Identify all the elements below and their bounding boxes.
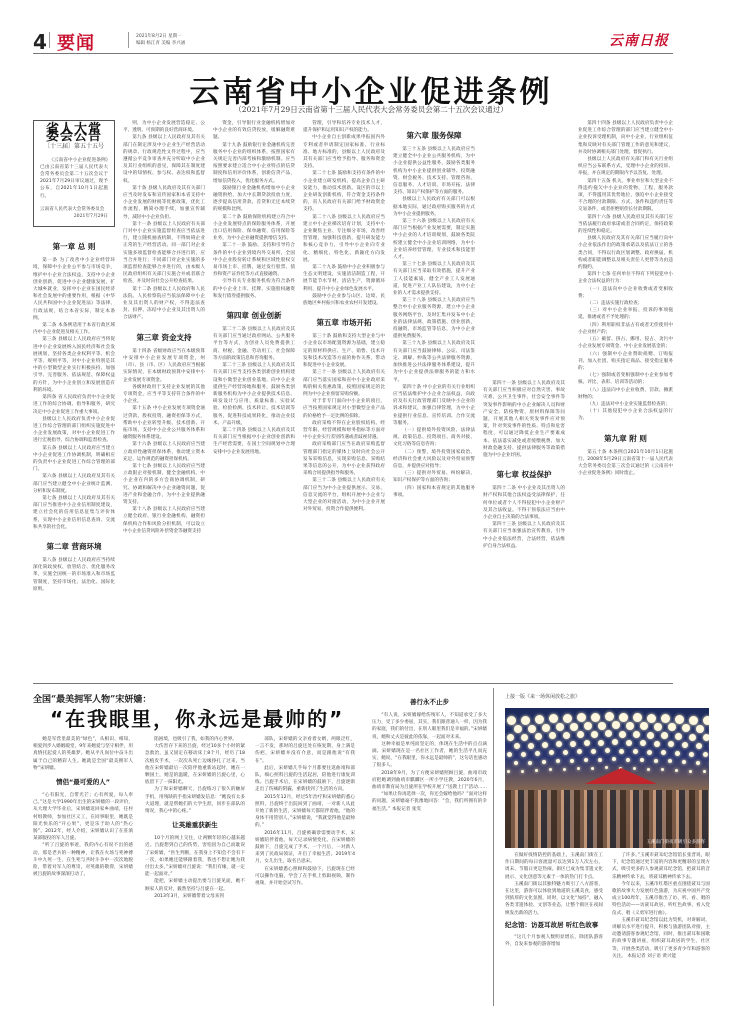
paragraph: （二）违法实施行政检查； bbox=[578, 300, 673, 307]
paragraph: （三）提供对外贸易、纠纷解决、知识产权保护等方面的咨询； bbox=[393, 470, 475, 484]
paragraph: 第四十三条 县级以上人民政府及其有关部门应当加强法治宣传教育，引导中小企业依法经… bbox=[483, 521, 565, 550]
lantern-icon bbox=[675, 715, 684, 724]
lantern-icon bbox=[535, 715, 544, 724]
section-divider bbox=[33, 683, 673, 684]
story-column-1: 她是军营里最美的“绿色”，从相识、相知、相爱到步入婚姻殿堂，9年来她爱与坚守相伴… bbox=[33, 736, 133, 1016]
lantern-icon bbox=[612, 721, 620, 729]
lantern-icon bbox=[703, 716, 709, 725]
lantern-icon bbox=[521, 770, 524, 773]
paragraph: 2013年3月，宋妍嫱带着父母来到 bbox=[145, 893, 245, 900]
paragraph: 第二十八条 县级以上人民政府应当建立中小企业梯次培育计划，支持中小企业聚焦主业、… bbox=[303, 214, 385, 264]
lantern-icon bbox=[542, 760, 546, 764]
regulation-column-3: 资金，引导银行业金融机构增加对中小企业的有效信贷投放，缓解融资难题。第十九条 鼓… bbox=[213, 120, 295, 655]
paragraph: 对于非专门面向中小企业的项目，应当按照国家规定对小型微型企业产品的价格给予一定比… bbox=[303, 398, 385, 420]
regulation-column-1: 省人大常委会公告 〔十三届〕第五十五号 《云南省中小企业促进条例》已由云南省第十… bbox=[33, 120, 115, 655]
paragraph: 第十二条 县级以上人民政府和人民法院、人民检察院应当依法保障中小企业及其出资人的… bbox=[123, 286, 205, 322]
lantern-icon bbox=[668, 741, 674, 747]
paragraph: （一）违法向中小企业收费或者变相收费； bbox=[578, 286, 673, 300]
story-column-3: 部队，宋妍嫱的父亲看着女婿，两眼泛红，一言不发，那时的吕旋还处在恢复期，身上满是… bbox=[255, 736, 355, 1016]
paragraph: 第三十条 鼓励和支持大型企业与中小企业以市场配置资源为基础，建立稳定的原材料供应… bbox=[303, 333, 385, 369]
paragraph: “这几个月参观人数明显增长，除团队游客外，自发来参观的游客增加 bbox=[505, 934, 603, 948]
chapter-heading: 第四章 创业创新 bbox=[213, 310, 295, 322]
lantern-icon bbox=[507, 716, 516, 725]
lantern-icon bbox=[703, 752, 708, 757]
lantern-icon bbox=[549, 714, 558, 723]
lantern-icon bbox=[570, 759, 574, 763]
regulation-column-4: 管理，引导和培养专业技术人才，提升保护和运用知识产权的能力。中小企业自主创新成果… bbox=[303, 120, 385, 655]
regulation-column-5: 第六章 服务保障第三十五条 县级以上人民政府应当建立健全中小企业公共服务机构，为… bbox=[393, 120, 475, 655]
lantern-icon bbox=[598, 722, 606, 730]
paragraph: 第二十二条 县级以上人民政府及其有关部门应当通过政府网站、公共服务平台等方式，为… bbox=[213, 326, 295, 362]
lantern-icon bbox=[605, 730, 612, 737]
lantern-icon bbox=[514, 761, 518, 765]
lantern-icon bbox=[640, 740, 646, 746]
lantern-icon bbox=[640, 758, 644, 762]
masthead: 4 要闻 2021年8月2日 星期一 编辑 杨江青 美编 李兴涵 云南日报 bbox=[33, 28, 673, 54]
paragraph: 第四十四条 县级以上人民政府负责中小企业促进工作综合管理的部门应当建立健全中小企… bbox=[578, 120, 673, 156]
paragraph: “心有阳光，自带光芒；心有所爱，每人奉己。”这是大学1990年出生的宋妍嫱的一段… bbox=[33, 792, 133, 842]
paragraph: 第四十五条 机关、事业单位和大型企业不得违约拖欠中小企业的货物、工程、服务款项，… bbox=[578, 178, 673, 214]
lantern-icon bbox=[591, 749, 596, 754]
paragraph: 县级以上人民政府负责中小企业促进工作综合管理的部门组织实施促进中小企业发展政策，… bbox=[33, 416, 115, 445]
lantern-icon bbox=[696, 761, 700, 765]
paragraph: 第三十七条 县级以上人民政府及其有关部门应当采取有效措施，提升产业工人技能素质，… bbox=[393, 261, 475, 297]
lantern-icon bbox=[682, 742, 688, 748]
paragraph: （三）对中小企业举报、投诉的事项拖延、推诿或者不予处理的； bbox=[578, 307, 673, 321]
paragraph: 在做好疫情防控的基础上，玉溪南门街在工作日期间的每日客流量可以达到1万人次左右，… bbox=[505, 852, 603, 881]
story-column-4: 善行永不止步 “有人说，宋妍嫱嫁给伤残军人，不知道承受了多大压力，受了多少委屈，… bbox=[372, 692, 487, 1017]
subheading: 情侣“最可爱的人” bbox=[33, 776, 133, 788]
paragraph: 第四十二条 中小企业及其出资人的财产权和其他合法权益受法律保护，任何单位或者个人… bbox=[483, 485, 565, 521]
lantern-icon bbox=[514, 743, 520, 749]
paragraph: 第四条 省人民政府负责中小企业促进工作的综合协调、指导和服务，研究决定中小企业促… bbox=[33, 394, 115, 416]
paragraph: “有人说，宋妍嫱嫁给伤残军人，不知道承受了多大压力，受了多少委屈，其实，我们跟普… bbox=[372, 712, 487, 741]
lantern-icon bbox=[612, 739, 618, 745]
lantern-icon bbox=[682, 724, 690, 732]
lantern-icon bbox=[605, 748, 610, 753]
lantern-icon bbox=[689, 752, 694, 757]
notice-box: 省人大常委会公告 〔十三届〕第五十五号 《云南省中小企业促进条例》已由云南省第十… bbox=[33, 120, 115, 227]
story-column-2: 陷困境，也吸引了我，如我的内心世界。大伤害存下来的吕旋，经过10多个小时的紧急救… bbox=[145, 736, 245, 1016]
lantern-icon bbox=[668, 723, 676, 731]
lantern-icon bbox=[605, 712, 614, 721]
paragraph: “如果让你再选择一次，你还会嫁给他吗？”面对这样的问题，宋妍嫱毫不犹豫地回答：“… bbox=[372, 791, 487, 813]
side-story-title: 善行永不止步 bbox=[372, 696, 487, 708]
paragraph: 各级财政用于支持企业发展的其他专项资金，应当平等支持符合条件的中小企业。 bbox=[123, 384, 205, 406]
paragraph: 第十八条 县级以上人民政府应当建立健全政府、银行业金融机构、融资担保机构合作和风… bbox=[123, 506, 205, 535]
paragraph: 第五条 县级以上人民政府应当建立中小企业促进工作协调机制，明确相应的负责中小企业… bbox=[33, 445, 115, 474]
paragraph: 中小企业自主创新成果申报国内外专利或者申请制定国家标准、行业标准、地方标准的，县… bbox=[303, 134, 385, 170]
paragraph: 管理，引导和培养专业技术人才，提升保护和运用知识产权的能力。 bbox=[303, 120, 385, 134]
lantern-icon bbox=[584, 722, 592, 730]
lantern-icon bbox=[563, 714, 572, 723]
paragraph: （十）其他侵犯中小企业合法权益的行为。 bbox=[578, 408, 673, 422]
notice-title: 省人大常委会公告 bbox=[40, 126, 108, 140]
paragraph: 第三条 县级以上人民政府应当将促进中小企业发展纳入国民经济和社会发展规划，坚持各… bbox=[33, 336, 115, 394]
lantern-icon bbox=[640, 722, 648, 730]
lantern-icon bbox=[521, 716, 530, 725]
lantern-icon bbox=[577, 713, 586, 722]
lantern-icon bbox=[535, 769, 538, 772]
paragraph: 第二十三条 县级以上人民政府及其有关部门应当支持各类创新创业机构建设和小微型企业… bbox=[213, 362, 295, 427]
lantern-icon bbox=[556, 759, 560, 763]
issue-info: 2021年8月2日 星期一 编辑 杨江青 美编 李兴涵 bbox=[136, 33, 185, 47]
lantern-icon bbox=[549, 750, 554, 755]
lantern-icon bbox=[675, 733, 682, 740]
lantern-icon bbox=[668, 759, 672, 763]
paragraph: 第二条 本条例适用于本省行政区域内中小企业促进及相关工作。 bbox=[33, 322, 115, 336]
column-divider bbox=[493, 688, 494, 1006]
lantern-icon bbox=[521, 752, 526, 757]
lantern-icon bbox=[633, 749, 638, 754]
lantern-icon bbox=[654, 741, 660, 747]
chapter-heading: 第一章 总 则 bbox=[33, 241, 115, 253]
paragraph: 第三十一条 县级以上人民政府有关部门应当落实国家和省中小企业政府采购的相关优惠政… bbox=[303, 369, 385, 398]
lantern-icon bbox=[556, 741, 562, 747]
lantern-icon bbox=[507, 770, 510, 773]
lantern-icon bbox=[689, 770, 692, 773]
paragraph: （二）预警、境外投资国家政治、经济和社会重大风险以及对外贸易预警信息，并提供应对… bbox=[393, 449, 475, 471]
lantern-icon bbox=[535, 751, 540, 756]
chapter-heading: 第九章 附 则 bbox=[578, 433, 673, 445]
paragraph: 为了和宋妍嫱聊天，吕旋练习了很久的触屏手机，用残缺的手指宋妍嫱发信息：“她没有太… bbox=[145, 786, 245, 815]
paragraph: 第二十九条 鼓励中小企业积极参与生态文明建设，实施清洁制造工程，开展节能节水节材… bbox=[303, 264, 385, 293]
paragraph: “听了吕旋的事迹，我的内心有说不出的感动，那是老兵的一种精神，让我在火场与死神搏… bbox=[33, 842, 133, 878]
photo-story-column-2: 了许多。”玉溪市聂耳纪念馆馆长张晋说，眼下，纪念馆通过更丰富的内容和更精彩的呈现… bbox=[612, 852, 710, 1017]
lantern-icon bbox=[556, 723, 564, 731]
lantern-icon bbox=[647, 732, 654, 739]
lantern-icon bbox=[577, 767, 580, 770]
regulation-body: 省人大常委会公告 〔十三届〕第五十五号 《云南省中小企业促进条例》已由云南省第十… bbox=[33, 120, 673, 655]
lantern-icon bbox=[563, 732, 570, 739]
page-number: 4 bbox=[33, 30, 47, 54]
lantern-icon bbox=[521, 734, 528, 741]
lantern-icon bbox=[703, 734, 709, 741]
lantern-icon bbox=[633, 731, 640, 738]
lantern-icon bbox=[591, 731, 598, 738]
lantern-icon bbox=[675, 751, 680, 756]
section-name: 要闻 bbox=[57, 29, 95, 55]
paragraph: 第三十八条 县级以上人民政府应当整合中小企业服务资源，建立中小企业服务网络平台，… bbox=[393, 297, 475, 340]
photo-story-column-1: 在做好疫情防控的基础上，玉溪南门街在工作日期间的每日客流量可以达到1万人次左右，… bbox=[505, 852, 603, 1017]
lantern-icon bbox=[507, 752, 512, 757]
paragraph: 鼓励银行业金融机构增加中小企业融资供给，加大中长期贷款投放力度，逐步提高信用贷款… bbox=[213, 185, 295, 214]
lantern-icon bbox=[570, 741, 576, 747]
lantern-icon bbox=[535, 733, 542, 740]
lantern-icon bbox=[563, 768, 566, 771]
paragraph: （八）违法向中小企业收费、罚款、摊派财物的； bbox=[578, 387, 673, 401]
paragraph: 2016年11月，吕旋被确诊需要动手术，宋妍嫱陪伴着他，每天记录病情变化。在宋妍… bbox=[255, 830, 355, 866]
divider bbox=[49, 32, 50, 48]
paragraph: 政府采购不得在企业股权结构、经营年限、经营规模和财务指标等方面对中小企业实行差别… bbox=[303, 420, 385, 442]
notice-signer: 云南省人民代表大会常务委员会 bbox=[40, 206, 108, 213]
lantern-icon bbox=[584, 740, 590, 746]
paragraph: 第三十九条 县级以上人民政府及其有关部门应当鼓励律师、公证、司法鉴定、调解、仲裁… bbox=[393, 340, 475, 383]
story-title: “在我眼里，你永远是最帅的” bbox=[50, 703, 344, 732]
paragraph: 第七条 县级以上人民政府及其有关部门应当推进中小企业信用制度建设，建立社会化的信… bbox=[33, 495, 115, 531]
paragraph: 在宋妍嫱悉心照顾和鼓励下，吕旋现在已经可以操作电脑，学会了在手机上剪辑视频、制作… bbox=[255, 866, 355, 888]
paragraph: 鼓励中小企业参与山区、边境、民族地区乡村振兴和农业农村开发建设。 bbox=[303, 293, 385, 307]
paragraph: 县级以上人民政府有关部门可以根据本地实际，通过政府购买服务的方式为中小企业提供服… bbox=[393, 196, 475, 218]
lantern-icon bbox=[507, 734, 514, 741]
newspaper-logo: 云南日报 bbox=[609, 30, 669, 50]
paragraph: 第三十六条 县级以上人民政府有关部门应当根据产业发展需要，制定实施中小企业的人才… bbox=[393, 218, 475, 261]
paragraph: （五）截留、挤占、挪用、侵占、贪污中小企业发展专项资金、中小企业发展基金的； bbox=[578, 336, 673, 350]
paragraph: 第六条 县级以上人民政府及其有关部门应当建立健全中小企业统计监测、分析和发布制度… bbox=[33, 473, 115, 495]
paragraph: 第十条 县级人民政府及其有关部门应当及时发布和宣传国家和本省支持中小企业发展的财… bbox=[123, 185, 205, 221]
paragraph: 第四十一条 县级以上人民政府及其有关部门应当积极应对自然灾害、事故灾难、公共卫生… bbox=[483, 380, 565, 459]
paragraph: 第五十条 本条例自2021年10月1日起施行。2008年5月29日云南省第十一届… bbox=[578, 449, 673, 478]
paragraph: 第九条 县级以上人民政府及其有关部门在制定涉及中小企业生产经营活动的规章、行政规… bbox=[123, 134, 205, 184]
lantern-icon bbox=[577, 749, 582, 754]
page-subtitle: （2021年7月29日云南省第十三届人民代表大会常务委员会第二十五次会议通过） bbox=[0, 104, 742, 115]
lantern-icon bbox=[619, 731, 626, 738]
lantern-icon bbox=[584, 758, 588, 762]
lantern-icon bbox=[661, 714, 670, 723]
notice-number: 〔十三届〕第五十五号 bbox=[40, 143, 108, 150]
paragraph: 玉溪市聂耳纪念馆以此为契机，对讲解词、讲解员水平进行提升，积极与旅游团队对接，主… bbox=[612, 917, 710, 960]
divider bbox=[128, 32, 129, 48]
paragraph: 10个月的网上交往，让两颗年轻的心越来越近。吕旋想到自己的伤势，害怕因为自己而耽… bbox=[145, 835, 245, 878]
lantern-icon bbox=[528, 743, 534, 749]
lantern-icon bbox=[542, 724, 550, 732]
lantern-icon bbox=[661, 732, 668, 739]
lantern-icon bbox=[612, 757, 616, 761]
paragraph: 第二十四条 县级以上人民政府及其有关部门应当根据中小企业创业创新和生产经营需要，… bbox=[213, 427, 295, 456]
lantern-icon bbox=[647, 750, 652, 755]
chapter-heading: 第七章 权益保护 bbox=[483, 469, 565, 481]
lantern-icon bbox=[619, 713, 628, 722]
paragraph: 引导有关专业服务机构为符合条件的中小企业上市、挂牌、实施股权融资和发行债券提供服… bbox=[213, 278, 295, 300]
paragraph: 大伤害存下来的吕旋，经过10多个小时的紧急救治，虽又固定在移动床上8个月，经历了… bbox=[145, 743, 245, 786]
paragraph: （七）强制或者变相强制中小企业参加考核、评比、表彰、培训等活动的； bbox=[578, 372, 673, 386]
paragraph: 第二十一条 鼓励、支持和引导符合条件的中小企业到境内外交易所、全国中小企业股份转… bbox=[213, 242, 295, 278]
lantern-icon bbox=[675, 769, 678, 772]
paragraph: 部队，宋妍嫱的父亲看着女婿，两眼泛红，一言不发，那时的吕旋还处在恢复期，身上满是… bbox=[255, 736, 355, 765]
lantern-icon bbox=[696, 725, 704, 733]
paragraph: 第四十七条 任何单位不得有下列侵犯中小企业合法权益的行为： bbox=[578, 271, 673, 285]
paragraph: 则，为中小企业发展营造稳定、公平、透明、可预期的良好营商环境。 bbox=[123, 120, 205, 134]
paragraph: 第三十五条 县级以上人民政府应当建立健全中小企业公共服务机构，为中小企业提供公益… bbox=[393, 146, 475, 196]
lantern-icon bbox=[647, 714, 656, 723]
paragraph: 了许多。”玉溪市聂耳纪念馆馆长张晋说，眼下，纪念馆通过更丰富的内容和更精彩的呈现… bbox=[612, 852, 710, 881]
paragraph: 今年以来，玉溪市红塔区重点围绕聂耳与国歌的故事大力发展红色旅游，为庆祝中国共产党… bbox=[612, 881, 710, 917]
regulation-column-6: 第四十一条 县级以上人民政府及其有关部门应当积极应对自然灾害、事故灾难、公共卫生… bbox=[483, 120, 565, 655]
paragraph: （九）违法对中小企业实施监督检查的； bbox=[578, 401, 673, 408]
paragraph: 第二十七条 鼓励和支持有条件的中小企业建立研发机构，提高企业自主研发能力，推动技… bbox=[303, 170, 385, 213]
lantern-icon bbox=[591, 713, 600, 722]
continued-from-caption: 上接一版《来一场休闲放松之旅》 bbox=[505, 693, 580, 700]
lantern-icon bbox=[542, 742, 548, 748]
lantern-icon bbox=[570, 723, 578, 731]
lantern-icon bbox=[528, 761, 532, 765]
lantern-icon bbox=[598, 740, 604, 746]
chapter-heading: 第六章 服务保障 bbox=[393, 130, 475, 142]
subheading: 让英雄重获新生 bbox=[145, 819, 245, 831]
issue-date: 2021年8月2日 星期一 bbox=[136, 33, 185, 40]
night-market-photo: 玉溪南门街夜市吸引众多游客 bbox=[505, 708, 709, 848]
lantern-icon bbox=[654, 723, 662, 731]
paragraph: （一）提供境外投资风险、法律法规、政策信息、投资项目、商务对接、文化习俗等信息咨… bbox=[393, 427, 475, 449]
lantern-icon bbox=[703, 770, 706, 773]
paragraph: 2015年12月，经过5年治疗和宋妍嫱的悉心照料，吕旋终于出院回到了曲靖，一对新… bbox=[255, 794, 355, 830]
paragraph: 第八条 县级以上人民政府应当持续深化简政放权、放管结合、优化服务改革，实施全国统… bbox=[33, 557, 115, 593]
paragraph: 第十四条 省级财政应当在本级预算中安排中小企业发展专项资金，州（市）、县（市、区… bbox=[123, 348, 205, 384]
lantern-icon bbox=[626, 758, 630, 762]
paragraph: 这种幸福是单纯而坚定的，体现在生活中的点点滴滴。宋妍嫱现在是一名社区工作者，她的… bbox=[372, 741, 487, 770]
regulation-column-2: 则，为中小企业发展营造稳定、公平、透明、可预期的良好营商环境。第九条 县级以上人… bbox=[123, 120, 205, 655]
lantern-icon bbox=[549, 732, 556, 739]
subheading: 纪念馆：访聂耳故居 听红色故事 bbox=[505, 920, 603, 931]
lantern-icon bbox=[633, 713, 642, 722]
paragraph: （四）国家和本省规定的其他服务事项。 bbox=[393, 485, 475, 499]
lantern-icon bbox=[626, 740, 632, 746]
paragraph: 第十七条 县级以上人民政府应当建立政银企对接机制，健全金融机构、中小企业在内的多… bbox=[123, 463, 205, 506]
lantern-icon bbox=[514, 725, 522, 733]
paragraph: 第十六条 县级以上人民政府应当建立政府性融资担保体系，推动建立资本充足、运作规范… bbox=[123, 441, 205, 463]
paragraph: 第十五条 中小企业发展专项资金通过贷款、股权投资、融资担保等方式，帮助中小企业转… bbox=[123, 405, 205, 441]
photo-caption: 玉溪南门街夜市吸引众多游客 bbox=[647, 839, 706, 845]
paragraph: 第十九条 鼓励银行业金融机构完善服务中小企业的组织体系，按照国家有关规定完善内部… bbox=[213, 142, 295, 185]
notice-date: 2021年7月29日 bbox=[40, 213, 108, 220]
paragraph: （六）强制中小企业赞助捐赠、订购报刊、加入社团、购买指定商品、接受指定服务的； bbox=[578, 351, 673, 373]
lantern-icon bbox=[619, 749, 624, 754]
issue-editors: 编辑 杨江青 美编 李兴涵 bbox=[136, 40, 185, 47]
paragraph: 此后，宋妍嫱几乎每个月都要往返曲靖和部队，细心照料吕旋的生活起居，陪他进行康复训… bbox=[255, 765, 355, 794]
lantern-icon bbox=[549, 768, 552, 771]
paragraph: 2018年9月，为了方便宋妍嫱照顾吕旋，曲靖市政府把她调到曲靖市麒麟区一所小学任… bbox=[372, 770, 487, 792]
chapter-heading: 第三章 资金支持 bbox=[123, 332, 205, 344]
paragraph: 第十一条 县级以上人民政府有关部门对中小企业实施监督检查应当依法进行，建立随机抽… bbox=[123, 221, 205, 286]
notice-body: 《云南省中小企业促进条例》已由云南省第十三届人民代表大会常务委员会第二十五次会议… bbox=[40, 157, 108, 200]
paragraph: 第四十条 中小企业的有关行业组织应当依法维护中小企业合法权益，向政府及有关行政管… bbox=[393, 384, 475, 427]
lantern-icon bbox=[563, 750, 568, 755]
paragraph: 能把，宋妍嫱主动提出要与吕旋见面，她不顾家人的反对，毅然坚持与吕旋在一起。 bbox=[145, 878, 245, 892]
lantern-icon bbox=[682, 760, 686, 764]
regulation-column-7: 第四十四条 县级以上人民政府负责中小企业促进工作综合管理的部门应当建立健全中小企… bbox=[578, 120, 673, 655]
lantern-icon bbox=[696, 743, 702, 749]
lantern-icon bbox=[528, 725, 536, 733]
lantern-icon bbox=[689, 716, 698, 725]
paragraph: 县级以上人民政府有关部门和有关行业组织应当公布联系方式，受理中小企业的投诉、举报… bbox=[578, 156, 673, 178]
chapter-heading: 第二章 营商环境 bbox=[33, 541, 115, 553]
paragraph: （四）利用职权非法占有或者无偿使用中小企业财产的； bbox=[578, 322, 673, 336]
paragraph: 陷困境，也吸引了我，如我的内心世界。 bbox=[145, 736, 245, 743]
paragraph: 第四十六条 县级人民政府及其有关部门应当依法履行政府承诺或者合同约定，保持政策的… bbox=[578, 214, 673, 236]
lantern-icon bbox=[661, 768, 664, 771]
lantern-icon bbox=[577, 731, 584, 738]
paragraph: 资金，引导银行业金融机构增加对中小企业的有效信贷投放，缓解融资难题。 bbox=[213, 120, 295, 142]
lantern-icon bbox=[626, 722, 634, 730]
lantern-icon bbox=[689, 734, 696, 741]
lantern-icon bbox=[598, 758, 602, 762]
paragraph: 第一条 为了改善中小企业经营环境，保障中小企业公平参与市场竞争，维护中小企业合法… bbox=[33, 257, 115, 322]
chapter-heading: 第五章 市场开拓 bbox=[303, 317, 385, 329]
lantern-icon bbox=[661, 750, 666, 755]
lantern-icon bbox=[654, 759, 658, 763]
paragraph: 玉溪南门街以其独特魅力吸引了八方游客，在这里，游客可以体验到地道的玉溪美食，感受… bbox=[505, 881, 603, 917]
paragraph: 她是军营里最美的“绿色”，从相识、相知、相爱到步入婚姻殿堂，9年来她爱与坚守相伴… bbox=[33, 736, 133, 772]
red-tent bbox=[585, 768, 657, 784]
paragraph: 县级人民政府及其有关部门应当履行向中小企业依法作出的政策承诺以及依法订立的各类合… bbox=[578, 235, 673, 271]
paragraph: 第三十二条 县级以上人民政府有关部门应当为中小企业提供展示、交易、信息交流的平台… bbox=[303, 477, 385, 513]
paragraph: 政府采购部门应当在政府采购监督管理部门指定的媒体上及时向社会公开发布采购信息，实… bbox=[303, 441, 385, 477]
paragraph: 第二十条 鼓励保险机构建立符合中小企业发展特点的保险服务体系，开展出口信用保险、… bbox=[213, 214, 295, 243]
